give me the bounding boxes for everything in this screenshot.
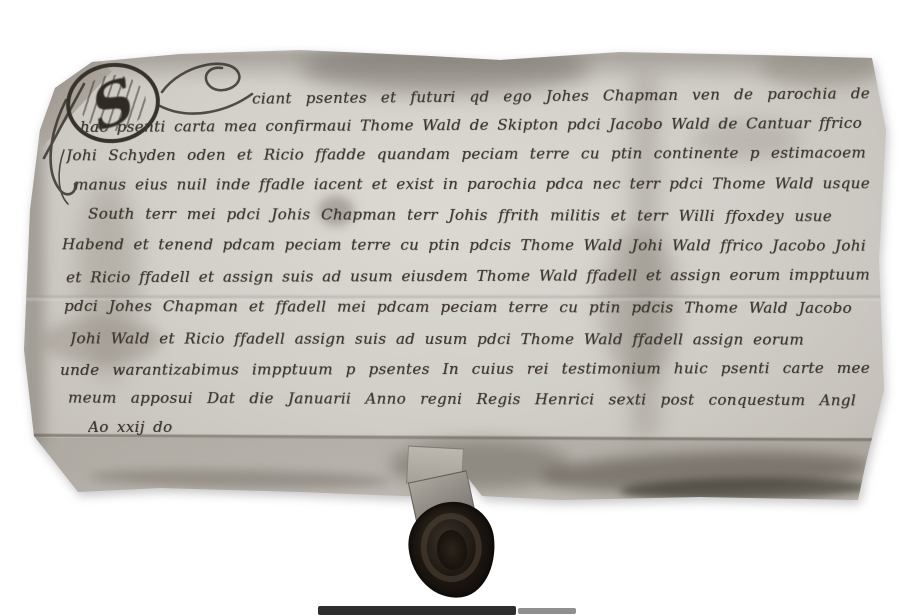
- photo-bottom-edge-strip: [518, 608, 576, 614]
- charter-text-line: manus eius nuil inde ffadle iacent et ex…: [74, 174, 870, 195]
- charter-text-line: hac psenti carta mea confirmaui Thome Wa…: [80, 114, 862, 138]
- parchment: S ciant psentes et futuri qd ego Johes C…: [0, 0, 915, 510]
- charter-text-line: meum apposui Dat die Januarii Anno regni…: [68, 389, 856, 412]
- charter-text-line: pdci Johes Chapman et ffadell mei pdcam …: [64, 297, 852, 319]
- photograph-of-charter: S ciant psentes et futuri qd ego Johes C…: [0, 0, 915, 616]
- stain: [760, 48, 880, 88]
- charter-text-line: Habend et tenend pdcam peciam terre cu p…: [62, 235, 866, 256]
- charter-text-line: unde warantizabimus impptuum p psentes I…: [60, 359, 870, 381]
- charter-text-line: South terr mei pdci Johis Chapman terr J…: [88, 205, 832, 228]
- charter-dating-fragment: Ao xxij do: [88, 418, 228, 438]
- charter-text-line: Johi Schyden oden et Ricio ffadde quanda…: [66, 144, 866, 167]
- photo-bottom-edge-strip: [318, 606, 516, 615]
- charter-text-line: Johi Wald et Ricio ffadell assign suis a…: [70, 329, 804, 350]
- charter-text-line: et Ricio ffadell et assign suis ad usum …: [66, 266, 870, 289]
- charter-text-line: ciant psentes et futuri qd ego Johes Cha…: [252, 84, 870, 109]
